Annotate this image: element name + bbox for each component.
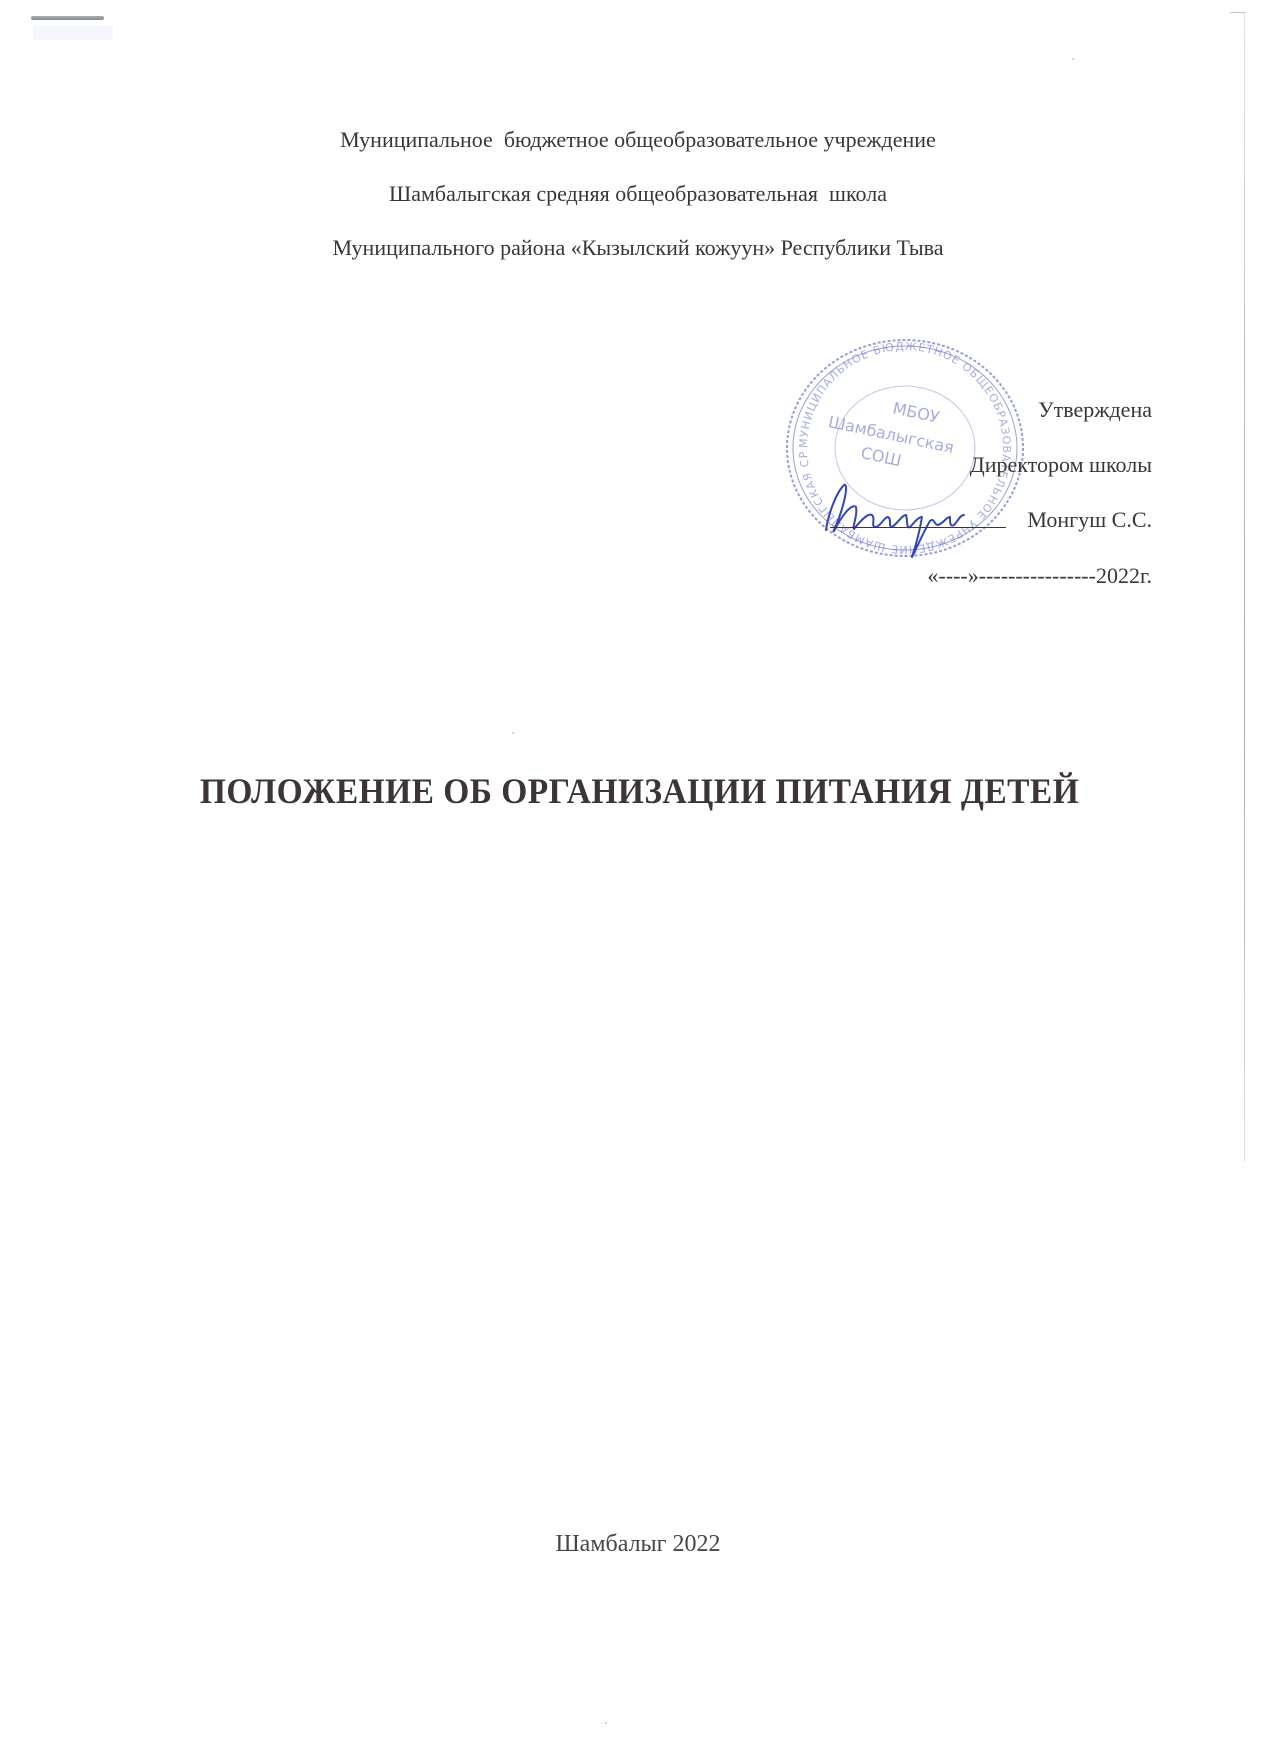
- approval-status: Утверждена: [1038, 397, 1152, 423]
- scan-speck: [1072, 58, 1074, 60]
- scan-artifact-mark: [31, 16, 104, 20]
- scan-artifact-shadow: [33, 26, 113, 40]
- stamp-center-abbr: МБОУ: [891, 398, 941, 426]
- director-signature-icon: [818, 475, 978, 565]
- approval-date: «----»----------------2022г.: [927, 563, 1152, 589]
- approval-by: Директором школы: [970, 452, 1152, 478]
- stamp-center-type: СОШ: [859, 443, 903, 470]
- header-line-district: Муниципального района «Кызылский кожуун»…: [0, 235, 1276, 261]
- approval-signatory: Монгуш С.С.: [1027, 507, 1152, 533]
- signature-line: [830, 527, 1006, 528]
- scan-speck: [605, 1722, 607, 1724]
- document-title: ПОЛОЖЕНИЕ ОБ ОРГАНИЗАЦИИ ПИТАНИЯ ДЕТЕЙ: [46, 770, 1233, 812]
- scan-speck: [512, 732, 514, 734]
- scan-page-edge-tick: [1230, 12, 1245, 13]
- header-line-institution-type: Муниципальное бюджетное общеобразователь…: [0, 127, 1276, 153]
- header-line-school-name: Шамбалыгская средняя общеобразовательная…: [0, 181, 1276, 207]
- footer-place-year: Шамбалыг 2022: [0, 1531, 1276, 1558]
